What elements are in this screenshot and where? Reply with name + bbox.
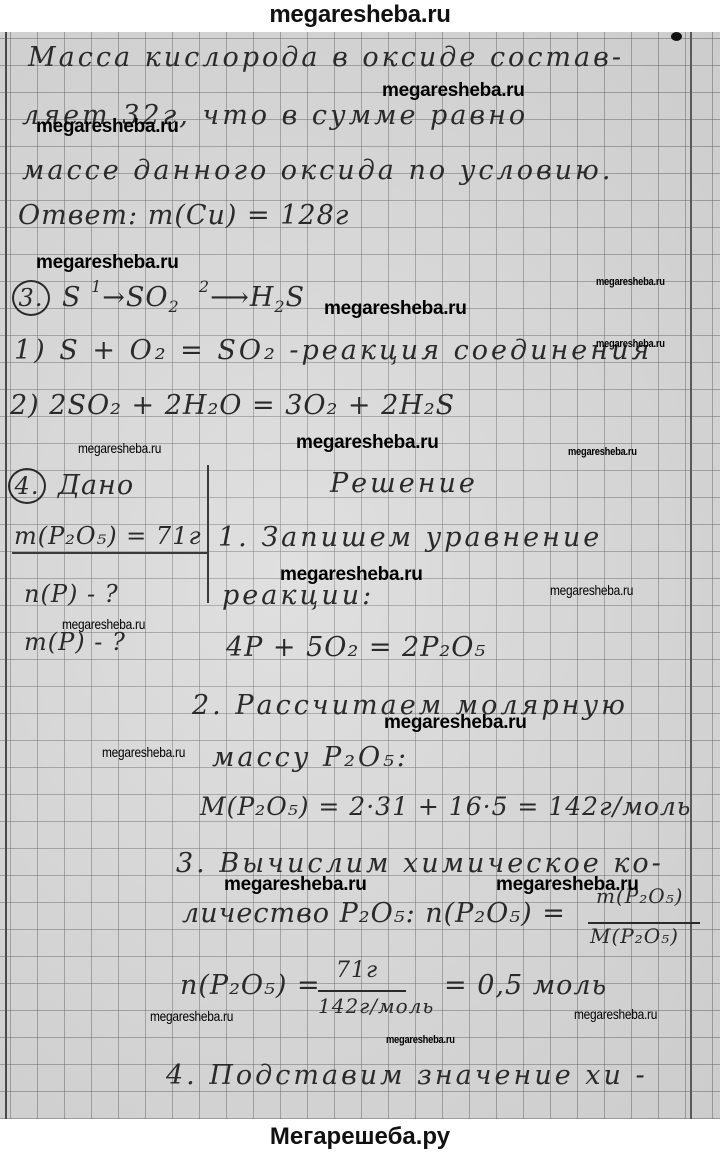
- text-line-3: массе данного оксида по условию.: [22, 155, 613, 186]
- task4-number: 4.: [8, 468, 46, 504]
- right-margin-line: [690, 32, 692, 1119]
- chain-end-sub: 2: [274, 297, 285, 316]
- watermark: megaresheba.ru: [496, 874, 639, 896]
- chain-start: S: [62, 282, 82, 313]
- watermark: megaresheba.ru: [596, 276, 665, 288]
- step1-line1: 1. Запишем уравнение: [218, 522, 602, 553]
- arrow-right-icon: →: [102, 282, 126, 313]
- step3-line2: личество P₂O₅: n(P₂O₅) =: [182, 898, 566, 929]
- chain-middle: SO: [126, 282, 169, 313]
- ink-dot: [671, 32, 682, 41]
- value-denominator: 142г/моль: [318, 994, 434, 1018]
- answer-line: Ответ: m(Cu) = 128г: [18, 200, 349, 231]
- left-margin-line: [5, 32, 7, 1119]
- task3-reaction-1: 1) S + O₂ = SO₂ -реакция соединения: [14, 335, 652, 366]
- site-header: megaresheba.ru: [0, 0, 720, 32]
- watermark: megaresheba.ru: [224, 874, 367, 896]
- solution-title: Решение: [330, 468, 478, 499]
- watermark: megaresheba.ru: [36, 116, 179, 138]
- chain-end-tail: S: [286, 282, 306, 313]
- molar-mass-calc: M(P₂O₅) = 2·31 + 16·5 = 142г/моль: [200, 792, 691, 821]
- site-footer: Мегарешеба.ру: [0, 1119, 720, 1154]
- watermark: megaresheba.ru: [574, 1006, 657, 1022]
- find-mass: m(P) - ?: [24, 628, 126, 656]
- watermark: megaresheba.ru: [596, 338, 665, 350]
- watermark: megaresheba.ru: [102, 744, 185, 760]
- watermark: megaresheba.ru: [382, 80, 525, 102]
- arrow-right-icon: ⟶: [210, 282, 250, 313]
- watermark: megaresheba.ru: [550, 582, 633, 598]
- chain-step1-label: 1: [91, 277, 102, 296]
- formula-denominator: M(P₂O₅): [590, 924, 679, 948]
- given-divider-horizontal: [12, 552, 208, 554]
- watermark: megaresheba.ru: [78, 440, 161, 456]
- step2-line2: массу P₂O₅:: [212, 742, 409, 773]
- chain-end: H: [250, 282, 275, 313]
- watermark: megaresheba.ru: [296, 432, 439, 454]
- task4-header: 4.Дано: [8, 468, 134, 504]
- task3-chain: 3.S 1→SO2 2⟶H2S: [12, 280, 305, 316]
- task3-number: 3.: [12, 280, 50, 316]
- text-line-1: Масса кислорода в оксиде состав-: [28, 42, 624, 73]
- chain-middle-sub: 2: [169, 297, 180, 316]
- value-fraction-bar: [318, 990, 406, 992]
- amount-lhs: n(P₂O₅) =: [180, 970, 321, 1001]
- given-title: Дано: [58, 470, 134, 501]
- given-divider-vertical: [207, 465, 209, 603]
- find-amount: n(P) - ?: [24, 580, 119, 608]
- watermark: megaresheba.ru: [280, 564, 423, 586]
- amount-result: = 0,5 моль: [444, 970, 607, 1001]
- watermark: megaresheba.ru: [386, 1034, 455, 1046]
- chain-step2-label: 2: [199, 277, 210, 296]
- given-mass: m(P₂O₅) = 71г: [14, 522, 202, 550]
- watermark: megaresheba.ru: [150, 1008, 233, 1024]
- watermark: megaresheba.ru: [384, 712, 527, 734]
- value-numerator: 71г: [336, 958, 378, 983]
- step4-line1: 4. Подставим значение хи -: [166, 1060, 648, 1091]
- reaction-equation: 4P + 5O₂ = 2P₂O₅: [226, 632, 486, 663]
- watermark: megaresheba.ru: [324, 298, 467, 320]
- watermark: megaresheba.ru: [568, 446, 637, 458]
- watermark: megaresheba.ru: [62, 616, 145, 632]
- task3-reaction-2: 2) 2SO₂ + 2H₂O = 3O₂ + 2H₂S: [10, 390, 455, 421]
- watermark: megaresheba.ru: [36, 252, 179, 274]
